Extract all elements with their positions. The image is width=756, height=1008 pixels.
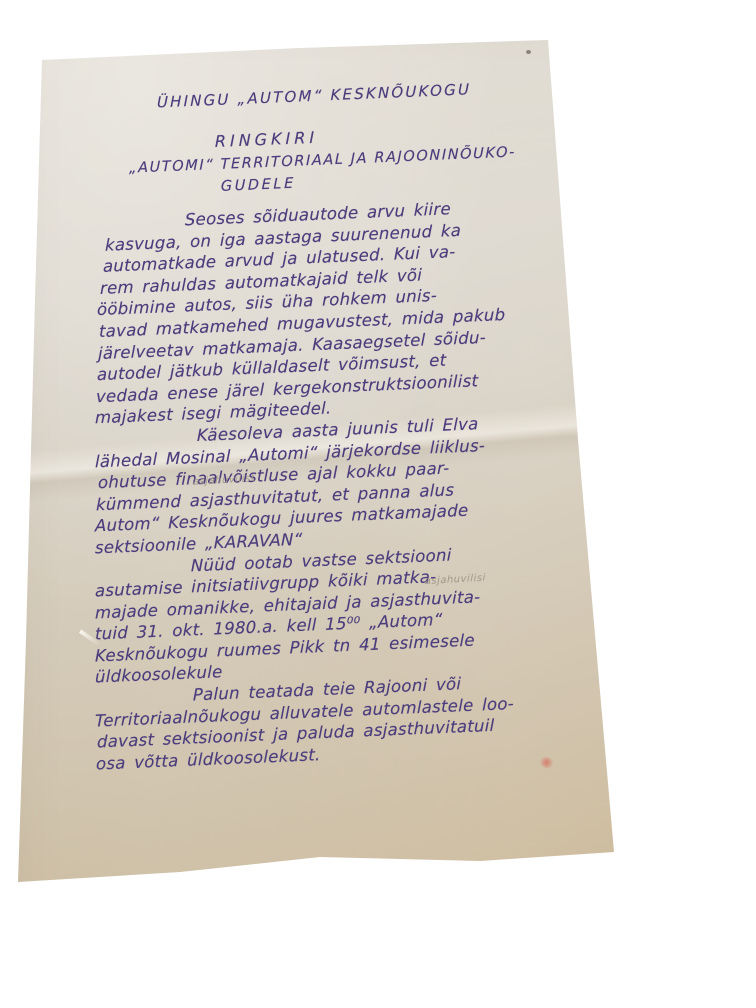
paragraph-1: Seoses sõiduautode arvu kiire kasvuga, o… [95, 193, 575, 429]
paragraph-3: Nüüd ootab vastse sektsiooni asutamise i… [95, 539, 575, 689]
document-paper: ÜHINGU „AUTOM“ KESKNÕUKOGU RINGKIRI „AUT… [0, 0, 756, 1008]
paper-speck [526, 50, 531, 54]
red-stain [537, 754, 557, 770]
handwritten-content: ÜHINGU „AUTOM“ KESKNÕUKOGU RINGKIRI „AUT… [95, 65, 575, 775]
paragraph-2: Käesoleva aasta juunis tuli Elva lähedal… [95, 409, 575, 559]
photo-canvas: ÜHINGU „AUTOM“ KESKNÕUKOGU RINGKIRI „AUT… [0, 0, 756, 1008]
heading-organization: ÜHINGU „AUTOM“ KESKNÕUKOGU [157, 75, 575, 113]
